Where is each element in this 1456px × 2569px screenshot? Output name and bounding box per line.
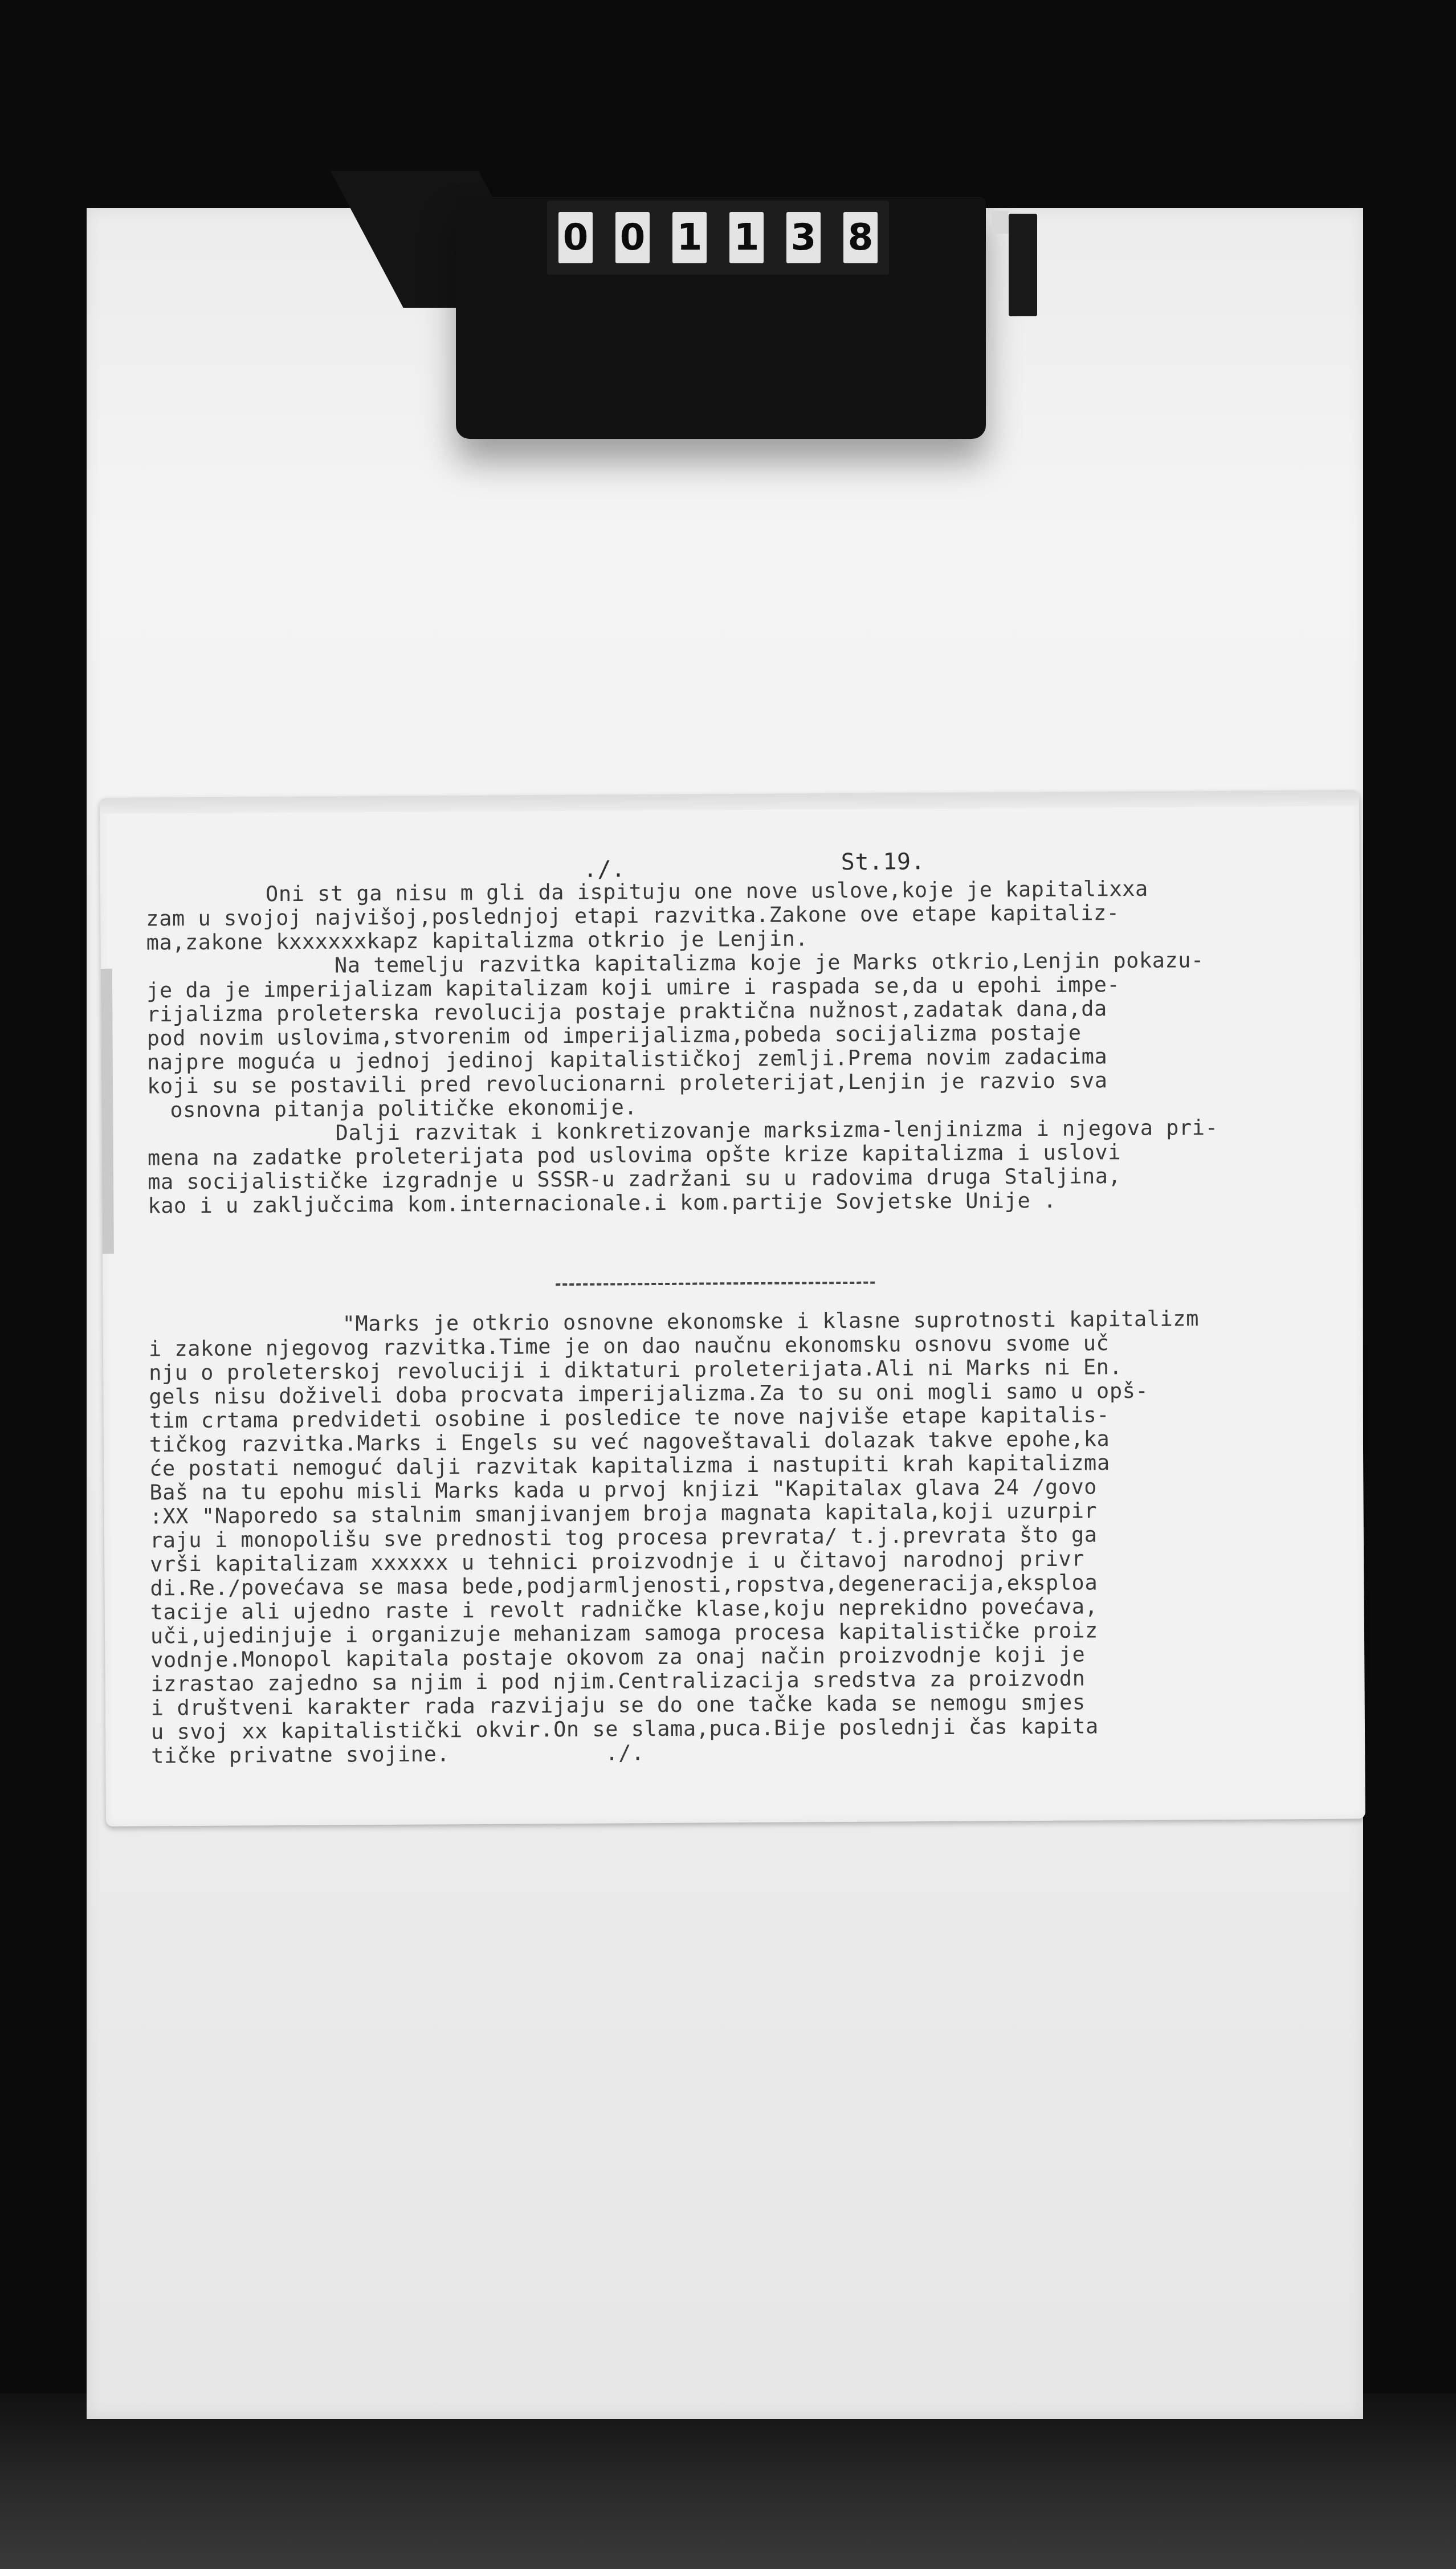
text-line: kao i u zaključcima kom.internacionale.i… <box>148 1189 1057 1218</box>
text-line: osnovna pitanja političke ekonomije. <box>170 1095 637 1122</box>
separator-line <box>556 1282 875 1286</box>
counter-digit: 1 <box>672 212 707 263</box>
document-body: ./. St.19. Oni st ga nisu m gli da ispit… <box>100 790 1365 1826</box>
frame-counter-knob <box>1009 214 1037 316</box>
text-line: koji su se postavili pred revolucionarni… <box>147 1069 1108 1098</box>
section-mark: ./. <box>584 857 626 881</box>
text-line: u svoj xx kapitalistički okvir.On se sla… <box>151 1714 1099 1744</box>
text-line: zam u svojoj najvišoj,poslednjoj etapi r… <box>146 901 1119 931</box>
counter-digit: 1 <box>729 212 764 263</box>
page-label: St.19. <box>841 850 925 874</box>
counter-digit: 8 <box>843 212 878 263</box>
frame-counter-display: 0 0 1 1 3 8 <box>547 201 889 275</box>
counter-digit: 3 <box>786 212 821 263</box>
text-line: tičke privatne svojine. ./. <box>151 1741 645 1768</box>
film-border <box>0 2393 1456 2569</box>
counter-digit: 0 <box>615 212 650 263</box>
frame-counter-stub <box>992 211 1009 234</box>
counter-digit: 0 <box>558 212 593 263</box>
typed-document-slip: ./. St.19. Oni st ga nisu m gli da ispit… <box>100 790 1365 1826</box>
